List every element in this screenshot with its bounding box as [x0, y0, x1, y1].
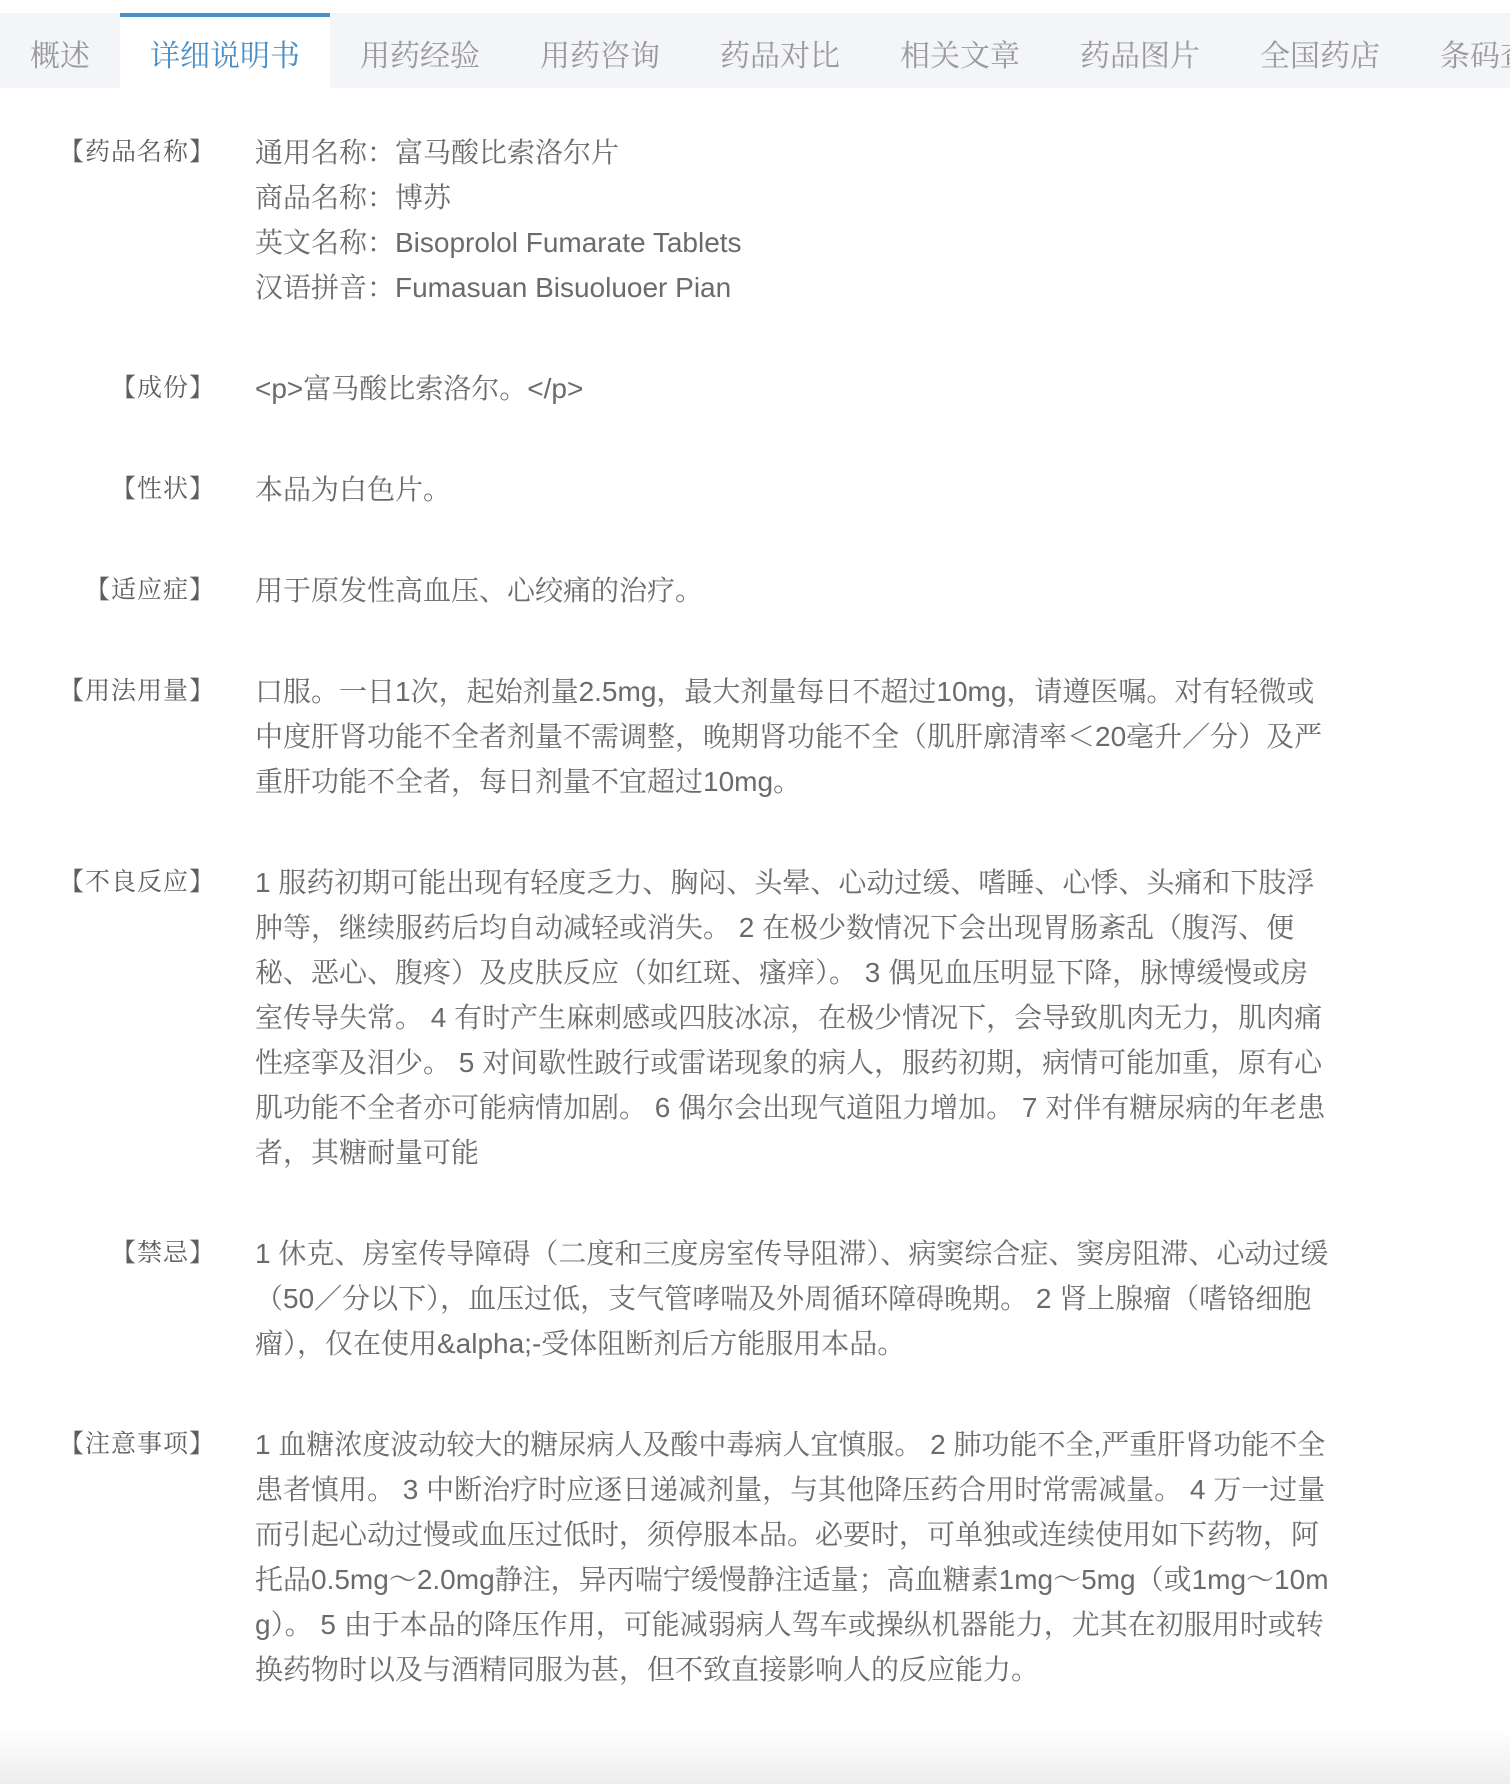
- tab-label: 药品图片: [1080, 31, 1200, 75]
- section-contraindications: 【禁忌】 1 休克、房室传导障碍（二度和三度房室传导阻滞）、病窦综合症、窦房阻滞…: [0, 1231, 1510, 1366]
- tab-label: 全国药店: [1260, 31, 1380, 75]
- drug-instruction-content: 【药品名称】 通用名称：富马酸比索洛尔片商品名称：博苏英文名称：Bisoprol…: [0, 88, 1510, 1728]
- tab-label: 条码查看: [1440, 31, 1510, 75]
- section-text-line: 1 服药初期可能出现有轻度乏力、胸闷、头晕、心动过缓、嗜睡、心悸、头痛和下肢浮肿…: [255, 860, 1331, 1175]
- drug-detail-page: 概述 详细说明书 用药经验 用药咨询 药品对比 相关文章 药品图片 全国药店 条…: [0, 0, 1510, 1784]
- page-bottom-fade: [0, 1728, 1510, 1784]
- section-label: 【注意事项】: [0, 1422, 215, 1467]
- tab-barcode-lookup[interactable]: 条码查看: [1410, 13, 1510, 88]
- section-text-line: 本品为白色片。: [255, 467, 451, 512]
- section-body: 1 血糖浓度波动较大的糖尿病人及酸中毒病人宜慎服。 2 肺功能不全,严重肝肾功能…: [255, 1422, 1331, 1692]
- section-text-line: 商品名称：博苏: [255, 175, 742, 220]
- section-label: 【适应症】: [0, 568, 215, 613]
- tab-medication-consultation[interactable]: 用药咨询: [510, 13, 690, 88]
- section-text-line: 汉语拼音：Fumasuan Bisuoluoer Pian: [255, 265, 742, 310]
- section-text-line: <p>富马酸比索洛尔。</p>: [255, 366, 583, 411]
- section-body: 1 服药初期可能出现有轻度乏力、胸闷、头晕、心动过缓、嗜睡、心悸、头痛和下肢浮肿…: [255, 860, 1331, 1175]
- tab-detailed-instructions[interactable]: 详细说明书: [120, 13, 330, 88]
- section-body: <p>富马酸比索洛尔。</p>: [255, 366, 583, 411]
- section-body: 用于原发性高血压、心绞痛的治疗。: [255, 568, 703, 613]
- section-body: 本品为白色片。: [255, 467, 451, 512]
- tab-bar: 概述 详细说明书 用药经验 用药咨询 药品对比 相关文章 药品图片 全国药店 条…: [0, 13, 1510, 88]
- tab-label: 详细说明书: [150, 31, 300, 75]
- section-precautions: 【注意事项】 1 血糖浓度波动较大的糖尿病人及酸中毒病人宜慎服。 2 肺功能不全…: [0, 1422, 1510, 1692]
- section-body: 通用名称：富马酸比索洛尔片商品名称：博苏英文名称：Bisoprolol Fuma…: [255, 130, 742, 310]
- section-text-line: 1 休克、房室传导障碍（二度和三度房室传导阻滞）、病窦综合症、窦房阻滞、心动过缓…: [255, 1231, 1331, 1366]
- section-text-line: 用于原发性高血压、心绞痛的治疗。: [255, 568, 703, 613]
- tab-national-pharmacies[interactable]: 全国药店: [1230, 13, 1410, 88]
- section-dosage: 【用法用量】 口服。一日1次，起始剂量2.5mg，最大剂量每日不超过10mg，请…: [0, 669, 1510, 804]
- section-body: 口服。一日1次，起始剂量2.5mg，最大剂量每日不超过10mg，请遵医嘱。对有轻…: [255, 669, 1331, 804]
- section-label: 【禁忌】: [0, 1231, 215, 1276]
- section-indications: 【适应症】 用于原发性高血压、心绞痛的治疗。: [0, 568, 1510, 613]
- section-text-line: 英文名称：Bisoprolol Fumarate Tablets: [255, 220, 742, 265]
- tab-label: 药品对比: [720, 31, 840, 75]
- section-text-line: 通用名称：富马酸比索洛尔片: [255, 130, 742, 175]
- section-ingredients: 【成份】 <p>富马酸比索洛尔。</p>: [0, 366, 1510, 411]
- section-text-line: 口服。一日1次，起始剂量2.5mg，最大剂量每日不超过10mg，请遵医嘱。对有轻…: [255, 669, 1331, 804]
- tab-label: 用药经验: [360, 31, 480, 75]
- section-label: 【用法用量】: [0, 669, 215, 714]
- tab-medication-experience[interactable]: 用药经验: [330, 13, 510, 88]
- section-appearance: 【性状】 本品为白色片。: [0, 467, 1510, 512]
- section-label: 【不良反应】: [0, 860, 215, 905]
- section-body: 1 休克、房室传导障碍（二度和三度房室传导阻滞）、病窦综合症、窦房阻滞、心动过缓…: [255, 1231, 1331, 1366]
- section-label: 【药品名称】: [0, 130, 215, 175]
- tab-label: 相关文章: [900, 31, 1020, 75]
- tab-drug-comparison[interactable]: 药品对比: [690, 13, 870, 88]
- tab-drug-images[interactable]: 药品图片: [1050, 13, 1230, 88]
- section-label: 【成份】: [0, 366, 215, 411]
- section-adverse-reactions: 【不良反应】 1 服药初期可能出现有轻度乏力、胸闷、头晕、心动过缓、嗜睡、心悸、…: [0, 860, 1510, 1175]
- section-text-line: 1 血糖浓度波动较大的糖尿病人及酸中毒病人宜慎服。 2 肺功能不全,严重肝肾功能…: [255, 1422, 1331, 1692]
- tab-label: 用药咨询: [540, 31, 660, 75]
- tab-overview[interactable]: 概述: [0, 13, 120, 88]
- tab-related-articles[interactable]: 相关文章: [870, 13, 1050, 88]
- section-drug-name: 【药品名称】 通用名称：富马酸比索洛尔片商品名称：博苏英文名称：Bisoprol…: [0, 130, 1510, 310]
- section-label: 【性状】: [0, 467, 215, 512]
- tab-label: 概述: [30, 31, 90, 75]
